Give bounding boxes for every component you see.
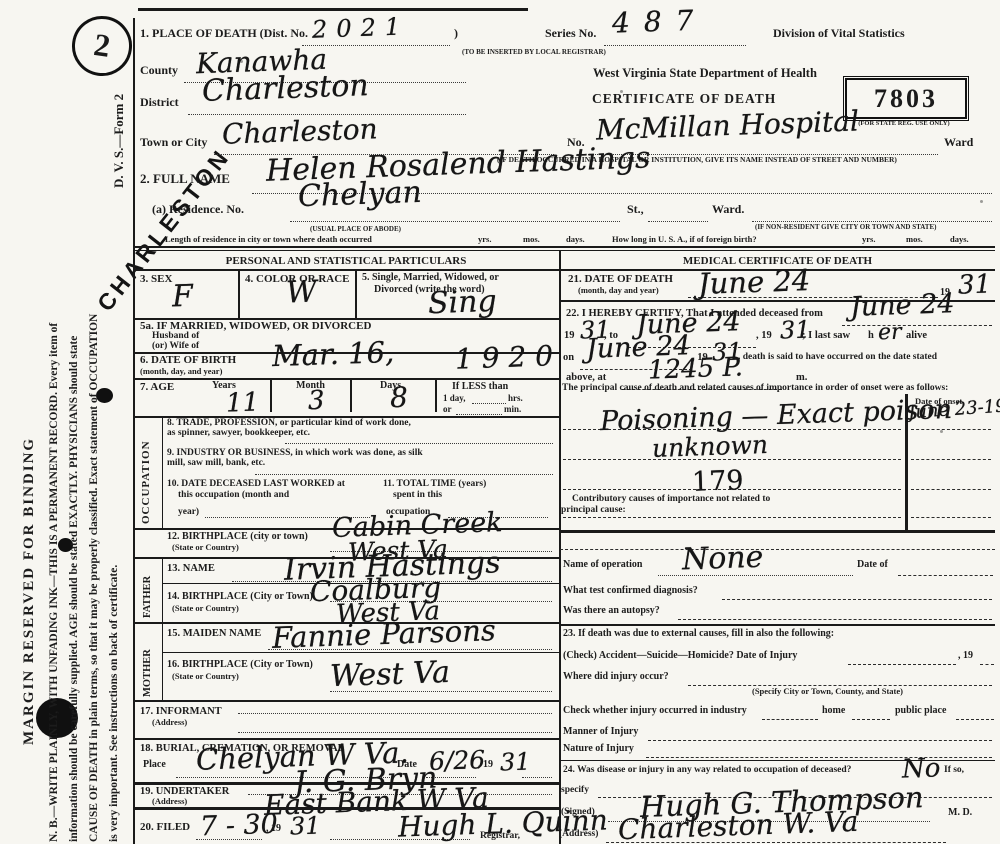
full-name-label: 2. FULL NAME bbox=[140, 172, 230, 186]
rule bbox=[133, 378, 560, 380]
m-label: m. bbox=[796, 372, 807, 383]
occupation-related-label: 24. Was disease or injury in any way rel… bbox=[563, 766, 851, 776]
dob-year-value: 1 9 2 0 bbox=[455, 342, 554, 373]
fill-line bbox=[648, 739, 992, 741]
street-label: St., bbox=[627, 203, 644, 216]
column-divider bbox=[559, 250, 561, 844]
fill-line bbox=[238, 731, 552, 733]
md-label: M. D. bbox=[948, 808, 972, 819]
informant-address-label: (Address) bbox=[152, 718, 187, 727]
cause-code-value: 179 bbox=[692, 467, 744, 496]
hrs-label: hrs. bbox=[508, 394, 523, 403]
margin-nb-line2: information should be carefully supplied… bbox=[68, 336, 80, 842]
death-time-value: 1245 P. bbox=[648, 354, 744, 383]
onset-line bbox=[911, 458, 991, 460]
district-number-value: 2021 bbox=[312, 14, 410, 41]
filed-label: 20. FILED bbox=[140, 822, 190, 834]
contributory-label2: principal cause: bbox=[561, 506, 626, 516]
operation-value: None bbox=[682, 543, 764, 576]
days2-label: days. bbox=[950, 235, 969, 244]
fill-line bbox=[980, 663, 994, 665]
mother-name-value: Fannie Parsons bbox=[272, 616, 497, 653]
father-side-label: FATHER bbox=[142, 576, 153, 618]
maiden-name-label: 15. MAIDEN NAME bbox=[167, 628, 261, 639]
external-causes-label: 23. If death was due to external causes,… bbox=[563, 629, 834, 640]
margin-nb-line4: is very important. See instructions on b… bbox=[108, 565, 120, 842]
burial-place-label: Place bbox=[143, 760, 166, 771]
specify-label: specify bbox=[561, 786, 589, 796]
alive-label: alive bbox=[906, 330, 927, 341]
rule bbox=[133, 269, 995, 271]
last-saw-label: ; I last saw bbox=[802, 330, 850, 341]
occurred-label: , death is said to have occurred on the … bbox=[738, 353, 937, 363]
fill-line bbox=[238, 712, 552, 714]
onset-line bbox=[911, 488, 991, 490]
age-years-value: 11 bbox=[226, 389, 260, 416]
ward-label: Ward bbox=[944, 136, 973, 149]
certificate-title: CERTIFICATE OF DEATH bbox=[592, 92, 776, 106]
fill-line bbox=[842, 324, 992, 326]
principal-cause-label: The principal cause of death and related… bbox=[562, 384, 948, 394]
fill-line bbox=[722, 598, 992, 600]
father-birthplace-sublabel: (State or Country) bbox=[172, 604, 239, 613]
burial-year-value: 31 bbox=[500, 749, 531, 774]
mos-label: mos. bbox=[523, 235, 540, 244]
mother-birthplace-label: 16. BIRTHPLACE (City or Town) bbox=[167, 660, 313, 671]
rule bbox=[162, 652, 560, 653]
fill-line bbox=[762, 718, 818, 720]
sex-value: F bbox=[171, 282, 193, 313]
fill-line bbox=[290, 220, 620, 222]
page-number: 2 bbox=[92, 26, 113, 64]
length-residence-label: Length of residence in city or town wher… bbox=[165, 235, 372, 244]
dob-sublabel: (month, day, and year) bbox=[140, 367, 222, 376]
fill-line bbox=[604, 44, 746, 46]
town-city-value: Charleston bbox=[222, 115, 378, 148]
age-label: 7. AGE bbox=[140, 382, 174, 394]
fill-line bbox=[560, 548, 995, 550]
h-label: h bbox=[868, 330, 874, 341]
age-days-value: 8 bbox=[390, 384, 409, 413]
date-last-worked-label3: year) bbox=[178, 508, 199, 518]
dob-label: 6. DATE OF BIRTH bbox=[140, 355, 236, 367]
registrar-label: Registrar, bbox=[480, 832, 520, 842]
total-time-label2: spent in this bbox=[393, 491, 442, 501]
usa-length-label: How long in U. S. A., if of foreign birt… bbox=[612, 235, 757, 244]
manner-injury-label: Manner of Injury bbox=[563, 727, 638, 738]
injury-year-prefix: , 19 bbox=[958, 651, 973, 662]
death-year-value: 31 bbox=[958, 271, 992, 298]
cause-of-death-value2: unknown bbox=[652, 432, 769, 461]
father-birthplace-label: 14. BIRTHPLACE (City or Town) bbox=[167, 592, 313, 603]
scan-speck bbox=[980, 200, 983, 203]
hospital-value: McMillan Hospital bbox=[596, 107, 860, 144]
certificate-number-box: 7803 bbox=[845, 78, 967, 119]
min-label: min. bbox=[504, 405, 521, 414]
check-accident-label: (Check) Accident—Suicide—Homicide? Date … bbox=[563, 651, 797, 662]
rule bbox=[162, 557, 163, 622]
margin-form-code: D. V. S.—Form 2 bbox=[112, 94, 126, 188]
race-value: W bbox=[285, 277, 317, 308]
fill-line bbox=[752, 220, 992, 222]
district-value: Charleston bbox=[202, 71, 370, 107]
burial-date-value: 6/26 bbox=[429, 747, 486, 774]
days-label: days. bbox=[566, 235, 585, 244]
state-reg-note: (FOR STATE REG. USE ONLY) bbox=[840, 121, 968, 128]
yrs-label: yrs. bbox=[478, 235, 491, 244]
address-label: (Address) bbox=[559, 830, 598, 840]
from-year-prefix: 19 bbox=[564, 330, 575, 341]
section-rule bbox=[133, 250, 995, 251]
rule bbox=[560, 624, 995, 626]
fill-line bbox=[255, 473, 553, 475]
date-last-worked-label2: this occupation (month and bbox=[178, 491, 289, 501]
rule bbox=[133, 700, 560, 702]
fill-line bbox=[898, 574, 993, 576]
operation-label: Name of operation bbox=[563, 560, 642, 571]
section-rule bbox=[133, 246, 995, 248]
district-label: District bbox=[140, 96, 179, 109]
fill-line bbox=[456, 413, 502, 415]
personal-section-title: PERSONAL AND STATISTICAL PARTICULARS bbox=[133, 256, 559, 268]
occupation-related-value: No bbox=[902, 755, 941, 782]
margin-nb-line3: CAUSE OF DEATH in plain terms, so that i… bbox=[88, 314, 100, 842]
nature-injury-label: Nature of Injury bbox=[563, 744, 634, 755]
undertaker-address-label: (Address) bbox=[152, 797, 187, 806]
occupation-side-label: OCCUPATION bbox=[141, 440, 153, 524]
date-of-death-value: June 24 bbox=[698, 266, 811, 299]
above-at-label: above, at bbox=[566, 372, 606, 383]
ward2-label: Ward. bbox=[712, 203, 744, 216]
birthplace-label: 12. BIRTHPLACE (city or town) bbox=[167, 532, 308, 543]
rule bbox=[162, 416, 163, 528]
mother-birthplace-state-value: West Va bbox=[330, 658, 451, 692]
marital-label: 5. Single, Married, Widowed, or bbox=[362, 273, 499, 284]
place-of-death-label: 1. PLACE OF DEATH (Dist. No. bbox=[140, 27, 308, 40]
page-number-stamp: 2 bbox=[68, 12, 136, 80]
rule bbox=[270, 379, 272, 412]
date-of-death-sublabel: (month, day and year) bbox=[578, 286, 659, 295]
abode-note: (USUAL PLACE OF ABODE) bbox=[310, 226, 401, 233]
fill-line bbox=[852, 718, 890, 720]
burial-year-prefix: , 19 bbox=[478, 760, 493, 771]
cause-line bbox=[563, 516, 901, 518]
death-certificate-scan: MARGIN RESERVED FOR BINDING N. B.—WRITE … bbox=[0, 0, 1000, 844]
margin-binding-note: MARGIN RESERVED FOR BINDING bbox=[22, 437, 38, 745]
or-label: or bbox=[443, 405, 452, 414]
county-label: County bbox=[140, 64, 178, 77]
rule bbox=[350, 379, 352, 412]
specify-city-note: (Specify City or Town, County, and State… bbox=[752, 687, 903, 696]
date-last-worked-label: 10. DATE DECEASED LAST WORKED at bbox=[167, 480, 345, 490]
injury-occurred-label: Check whether injury occurred in industr… bbox=[563, 706, 747, 717]
one-day-label: 1 day, bbox=[443, 394, 466, 403]
wife-of-label: (or) Wife of bbox=[152, 342, 199, 352]
margin-nb-line1: N. B.—WRITE PLAINLY, WITH UNFADING INK—T… bbox=[48, 323, 60, 842]
department-title: West Virginia State Department of Health bbox=[593, 67, 817, 80]
fill-line bbox=[646, 756, 992, 758]
series-no-value: 487 bbox=[612, 6, 708, 37]
birthplace-sublabel: (State or Country) bbox=[172, 543, 239, 552]
mos2-label: mos. bbox=[906, 235, 923, 244]
to-year-prefix: , 19 bbox=[756, 330, 772, 341]
attended-from-value: June 24 bbox=[850, 290, 955, 321]
fill-line bbox=[678, 618, 992, 620]
signed-label: (Signed) bbox=[561, 808, 595, 818]
fill-line bbox=[648, 220, 708, 222]
fill-line bbox=[196, 838, 262, 840]
if-so-label: If so, bbox=[944, 766, 964, 776]
residence-value: Chelyan bbox=[298, 178, 423, 212]
series-note: (TO BE INSERTED BY LOCAL REGISTRAR) bbox=[462, 49, 606, 56]
test-label: What test confirmed diagnosis? bbox=[563, 586, 698, 597]
marital-value: Sing bbox=[427, 287, 497, 319]
paren-close: ) bbox=[454, 27, 458, 40]
fill-line bbox=[285, 442, 553, 444]
rule bbox=[435, 379, 437, 412]
operation-date-label: Date of bbox=[857, 560, 888, 571]
division-label: Division of Vital Statistics bbox=[773, 27, 905, 40]
her-value: er bbox=[878, 322, 902, 345]
on-label: on bbox=[563, 352, 574, 363]
series-no-label: Series No. bbox=[545, 27, 596, 40]
residence-label: (a) Residence. No. bbox=[152, 203, 244, 216]
total-time-label: 11. TOTAL TIME (years) bbox=[383, 480, 486, 490]
certificate-number: 7803 bbox=[874, 84, 938, 113]
rule bbox=[238, 270, 240, 318]
filed-year-prefix: , 19 bbox=[266, 824, 281, 835]
fill-line bbox=[848, 663, 956, 665]
where-injury-label: Where did injury occur? bbox=[563, 672, 669, 683]
autopsy-label: Was there an autopsy? bbox=[563, 606, 660, 617]
mother-birthplace-sublabel: (State or Country) bbox=[172, 672, 239, 681]
age-month-value: 3 bbox=[308, 388, 325, 415]
fill-line bbox=[522, 776, 552, 778]
scan-edge-mark bbox=[138, 8, 528, 11]
fill-line bbox=[472, 402, 506, 404]
scan-speck bbox=[940, 430, 943, 433]
mother-side-label: MOTHER bbox=[142, 649, 153, 697]
rule bbox=[355, 270, 357, 318]
rule bbox=[162, 622, 163, 700]
physician-address-value: Charleston W. Va bbox=[618, 808, 859, 844]
industry-business-label: 9. INDUSTRY OR BUSINESS, in which work w… bbox=[167, 449, 425, 469]
home-label: home bbox=[822, 706, 845, 717]
onset-line bbox=[911, 428, 991, 430]
if-less-label: If LESS than bbox=[452, 382, 508, 393]
fill-line bbox=[956, 718, 994, 720]
form-left-border bbox=[133, 18, 135, 844]
onset-line bbox=[911, 516, 991, 518]
trade-profession-label: 8. TRADE, PROFESSION, or particular kind… bbox=[167, 419, 419, 439]
father-name-label: 13. NAME bbox=[167, 563, 215, 574]
dob-month-day-value: Mar. 16, bbox=[272, 338, 395, 371]
yrs2-label: yrs. bbox=[862, 235, 875, 244]
sex-label: 3. SEX bbox=[140, 274, 172, 286]
rule bbox=[560, 530, 995, 533]
contributory-label: Contributory causes of importance not re… bbox=[572, 495, 770, 505]
date-of-death-label: 21. DATE OF DEATH bbox=[568, 274, 673, 286]
town-city-label: Town or City bbox=[140, 136, 207, 149]
filed-year-value: 31 bbox=[290, 813, 321, 838]
informant-label: 17. INFORMANT bbox=[140, 706, 222, 717]
public-place-label: public place bbox=[895, 706, 946, 717]
nonresident-note: (IF NON-RESIDENT GIVE CITY OR TOWN AND S… bbox=[755, 224, 936, 231]
